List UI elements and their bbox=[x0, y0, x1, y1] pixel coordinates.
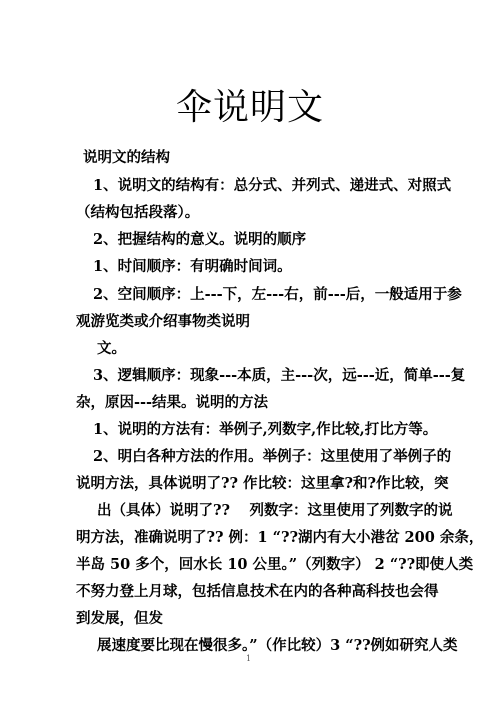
text-line: 1、说明的方法有：举例子,列数字,作比较,打比方等。 bbox=[93, 420, 437, 440]
page-number: 1 bbox=[246, 654, 251, 663]
text-line: 2、把握结构的意义。说明的顺序 bbox=[93, 230, 306, 250]
text-line: 说明方法，具体说明了?? 作比较：这里拿?和?作比较，突 bbox=[76, 474, 449, 494]
text-line: 明方法，准确说明了?? 例：1 “??湖内有大小港岔 200 余条， bbox=[76, 528, 483, 548]
text-line: 观游览类或介绍事物类说明 bbox=[76, 312, 250, 332]
text-line: 1、时间顺序：有明确时间词。 bbox=[93, 257, 292, 277]
document-title: 伞说明文 bbox=[0, 86, 500, 130]
text-line: 3、逻辑顺序：现象---本质，主---次，远---近，简单---复 bbox=[93, 366, 465, 386]
text-line: 文。 bbox=[97, 339, 126, 359]
text-line: 2、空间顺序：上---下，左---右，前---后，一般适用于参 bbox=[93, 285, 462, 305]
text-line: 杂，原因---结果。说明的方法 bbox=[76, 393, 268, 413]
text-line: （结构包括段落）。 bbox=[76, 203, 199, 223]
text-line: 出（具体）说明了?? 列数字：这里使用了列数字的说 bbox=[97, 501, 453, 521]
text-line: 不努力登上月球，包括信息技术在内的各种高科技也会得 bbox=[76, 582, 439, 602]
text-line: 1、说明文的结构有：总分式、并列式、递进式、对照式 bbox=[93, 176, 451, 196]
document-page: 伞说明文 说明文的结构 1、说明文的结构有：总分式、并列式、递进式、对照式 （结… bbox=[0, 0, 500, 707]
text-line: 半岛 50 多个，回水长 10 公里。”（列数字） 2 “??即使人类 bbox=[76, 555, 473, 575]
text-line: 2、明白各种方法的作用。举例子：这里使用了举例子的 bbox=[93, 447, 451, 467]
text-line: 说明文的结构 bbox=[83, 148, 170, 168]
text-line: 到发展，但发 bbox=[76, 609, 163, 629]
text-line: 展速度要比现在慢很多。”（作比较）3 “??例如研究人类 bbox=[97, 636, 458, 656]
